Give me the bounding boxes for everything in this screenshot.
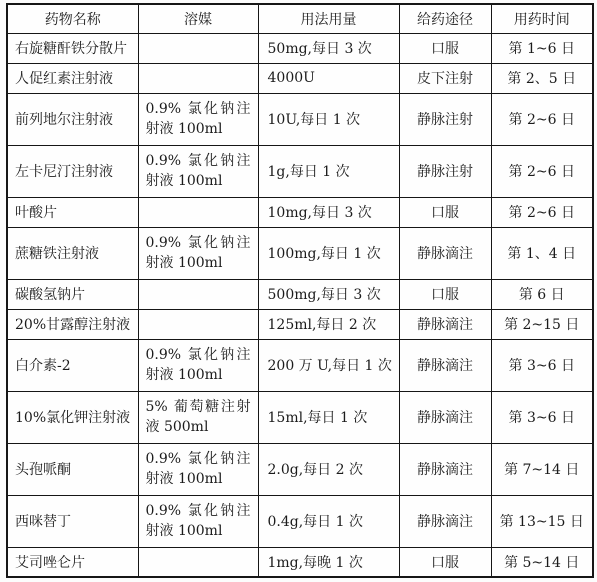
table-header-row: 药物名称 溶媒 用法用量 给药途径 用药时间 xyxy=(7,4,593,33)
table-row: 20%甘露醇注射液125ml,每日 2 次静脉滴注第 2~15 日 xyxy=(7,309,593,339)
document-page: { "table": { "headers": ["药物名称", "溶媒", "… xyxy=(0,0,597,582)
dosage-cell: 50mg,每日 3 次 xyxy=(258,33,399,63)
column-header-drug-name: 药物名称 xyxy=(7,4,138,33)
drug-name-cell: 白介素-2 xyxy=(7,339,138,391)
drug-name-cell: 10%氯化钾注射液 xyxy=(7,391,138,443)
dosage-cell: 15ml,每日 1 次 xyxy=(258,391,399,443)
drug-name-cell: 艾司唑仑片 xyxy=(7,547,138,577)
time-cell: 第 2~6 日 xyxy=(491,145,593,197)
time-cell: 第 5~14 日 xyxy=(491,547,593,577)
time-cell: 第 13~15 日 xyxy=(491,495,593,547)
table-row: 右旋糖酐铁分散片50mg,每日 3 次口服第 1~6 日 xyxy=(7,33,593,63)
dosage-cell: 1mg,每晚 1 次 xyxy=(258,547,399,577)
solvent-cell: 0.9% 氯化钠注射液 100ml xyxy=(138,339,258,391)
dosage-cell: 0.4g,每日 1 次 xyxy=(258,495,399,547)
drug-name-cell: 叶酸片 xyxy=(7,197,138,227)
time-cell: 第 1~6 日 xyxy=(491,33,593,63)
solvent-cell: 0.9% 氯化钠注射液 100ml xyxy=(138,443,258,495)
drug-name-cell: 西咪替丁 xyxy=(7,495,138,547)
route-cell: 口服 xyxy=(399,33,491,63)
solvent-cell xyxy=(138,547,258,577)
dosage-cell: 500mg,每日 3 次 xyxy=(258,279,399,309)
drug-name-cell: 右旋糖酐铁分散片 xyxy=(7,33,138,63)
table-row: 白介素-20.9% 氯化钠注射液 100ml200 万 U,每日 1 次静脉滴注… xyxy=(7,339,593,391)
route-cell: 皮下注射 xyxy=(399,63,491,93)
dosage-cell: 10mg,每日 3 次 xyxy=(258,197,399,227)
route-cell: 口服 xyxy=(399,197,491,227)
table-row: 左卡尼汀注射液0.9% 氯化钠注射液 100ml1g,每日 1 次静脉注射第 2… xyxy=(7,145,593,197)
solvent-cell xyxy=(138,309,258,339)
solvent-cell xyxy=(138,197,258,227)
table-row: 西咪替丁0.9% 氯化钠注射液 100ml0.4g,每日 1 次静脉滴注第 13… xyxy=(7,495,593,547)
solvent-cell xyxy=(138,33,258,63)
solvent-cell: 0.9% 氯化钠注射液 100ml xyxy=(138,145,258,197)
table-row: 前列地尔注射液0.9% 氯化钠注射液 100ml10U,每日 1 次静脉注射第 … xyxy=(7,93,593,145)
drug-name-cell: 20%甘露醇注射液 xyxy=(7,309,138,339)
route-cell: 静脉滴注 xyxy=(399,443,491,495)
route-cell: 口服 xyxy=(399,547,491,577)
dosage-cell: 100mg,每日 1 次 xyxy=(258,227,399,279)
solvent-cell: 0.9% 氯化钠注射液 100ml xyxy=(138,227,258,279)
column-header-dosage: 用法用量 xyxy=(258,4,399,33)
drug-name-cell: 头孢哌酮 xyxy=(7,443,138,495)
route-cell: 静脉滴注 xyxy=(399,391,491,443)
table-row: 艾司唑仑片1mg,每晚 1 次口服第 5~14 日 xyxy=(7,547,593,577)
table-row: 蔗糖铁注射液0.9% 氯化钠注射液 100ml100mg,每日 1 次静脉滴注第… xyxy=(7,227,593,279)
time-cell: 第 2~6 日 xyxy=(491,197,593,227)
dosage-cell: 200 万 U,每日 1 次 xyxy=(258,339,399,391)
solvent-cell xyxy=(138,279,258,309)
drug-name-cell: 前列地尔注射液 xyxy=(7,93,138,145)
solvent-cell: 0.9% 氯化钠注射液 100ml xyxy=(138,495,258,547)
dosage-cell: 125ml,每日 2 次 xyxy=(258,309,399,339)
route-cell: 静脉滴注 xyxy=(399,339,491,391)
column-header-time: 用药时间 xyxy=(491,4,593,33)
dosage-cell: 4000U xyxy=(258,63,399,93)
route-cell: 静脉滴注 xyxy=(399,495,491,547)
route-cell: 静脉滴注 xyxy=(399,309,491,339)
table-row: 人促红素注射液4000U皮下注射第 2、5 日 xyxy=(7,63,593,93)
route-cell: 静脉滴注 xyxy=(399,227,491,279)
time-cell: 第 6 日 xyxy=(491,279,593,309)
time-cell: 第 1、4 日 xyxy=(491,227,593,279)
time-cell: 第 2~15 日 xyxy=(491,309,593,339)
medication-table: 药物名称 溶媒 用法用量 给药途径 用药时间 右旋糖酐铁分散片50mg,每日 3… xyxy=(6,3,594,578)
dosage-cell: 10U,每日 1 次 xyxy=(258,93,399,145)
route-cell: 口服 xyxy=(399,279,491,309)
solvent-cell: 5% 葡萄糖注射液 500ml xyxy=(138,391,258,443)
dosage-cell: 2.0g,每日 2 次 xyxy=(258,443,399,495)
table-row: 10%氯化钾注射液5% 葡萄糖注射液 500ml15ml,每日 1 次静脉滴注第… xyxy=(7,391,593,443)
solvent-cell: 0.9% 氯化钠注射液 100ml xyxy=(138,93,258,145)
time-cell: 第 3~6 日 xyxy=(491,391,593,443)
time-cell: 第 3~6 日 xyxy=(491,339,593,391)
table-row: 碳酸氢钠片500mg,每日 3 次口服第 6 日 xyxy=(7,279,593,309)
column-header-solvent: 溶媒 xyxy=(138,4,258,33)
dosage-cell: 1g,每日 1 次 xyxy=(258,145,399,197)
drug-name-cell: 碳酸氢钠片 xyxy=(7,279,138,309)
table-body: 右旋糖酐铁分散片50mg,每日 3 次口服第 1~6 日人促红素注射液4000U… xyxy=(7,33,593,577)
route-cell: 静脉注射 xyxy=(399,145,491,197)
table-row: 叶酸片10mg,每日 3 次口服第 2~6 日 xyxy=(7,197,593,227)
table-row: 头孢哌酮0.9% 氯化钠注射液 100ml2.0g,每日 2 次静脉滴注第 7~… xyxy=(7,443,593,495)
column-header-route: 给药途径 xyxy=(399,4,491,33)
route-cell: 静脉注射 xyxy=(399,93,491,145)
solvent-cell xyxy=(138,63,258,93)
time-cell: 第 7~14 日 xyxy=(491,443,593,495)
time-cell: 第 2~6 日 xyxy=(491,93,593,145)
drug-name-cell: 蔗糖铁注射液 xyxy=(7,227,138,279)
drug-name-cell: 人促红素注射液 xyxy=(7,63,138,93)
time-cell: 第 2、5 日 xyxy=(491,63,593,93)
drug-name-cell: 左卡尼汀注射液 xyxy=(7,145,138,197)
